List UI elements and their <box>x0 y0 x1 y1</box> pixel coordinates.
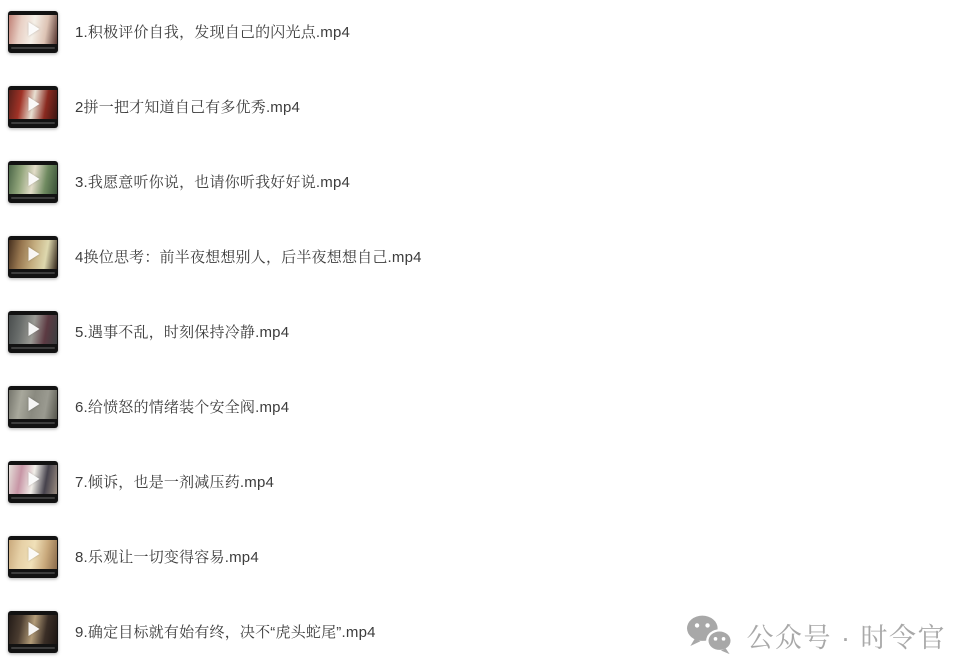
video-list: 1.积极评价自我，发现自己的闪光点.mp4 2拼一把才知道自己有多优秀.mp4 … <box>0 0 976 669</box>
video-filename[interactable]: 6.给愤怒的情绪装个安全阀.mp4 <box>75 396 289 417</box>
video-thumbnail[interactable] <box>8 461 58 503</box>
play-icon <box>29 547 40 561</box>
play-icon <box>29 322 40 336</box>
video-filename[interactable]: 2拼一把才知道自己有多优秀.mp4 <box>75 96 300 117</box>
video-thumbnail[interactable] <box>8 386 58 428</box>
video-progress-bar <box>11 272 55 274</box>
video-thumbnail[interactable] <box>8 236 58 278</box>
video-list-item[interactable]: 6.给愤怒的情绪装个安全阀.mp4 <box>0 369 976 444</box>
video-filename[interactable]: 8.乐观让一切变得容易.mp4 <box>75 546 259 567</box>
video-thumbnail[interactable] <box>8 86 58 128</box>
video-list-item[interactable]: 9.确定目标就有始有终，决不“虎头蛇尾”.mp4 <box>0 594 976 669</box>
play-icon <box>29 22 40 36</box>
video-list-item[interactable]: 7.倾诉，也是一剂减压药.mp4 <box>0 444 976 519</box>
video-filename[interactable]: 4换位思考：前半夜想想别人，后半夜想想自己.mp4 <box>75 246 422 267</box>
video-progress-bar <box>11 47 55 49</box>
page: 1.积极评价自我，发现自己的闪光点.mp4 2拼一把才知道自己有多优秀.mp4 … <box>0 0 976 669</box>
video-thumbnail[interactable] <box>8 161 58 203</box>
video-thumbnail[interactable] <box>8 311 58 353</box>
video-progress-bar <box>11 497 55 499</box>
video-thumbnail[interactable] <box>8 11 58 53</box>
video-progress-bar <box>11 197 55 199</box>
video-list-item[interactable]: 1.积极评价自我，发现自己的闪光点.mp4 <box>0 0 976 69</box>
video-filename[interactable]: 5.遇事不乱，时刻保持冷静.mp4 <box>75 321 289 342</box>
play-icon <box>29 472 40 486</box>
video-filename[interactable]: 3.我愿意听你说，也请你听我好好说.mp4 <box>75 171 350 192</box>
video-thumbnail[interactable] <box>8 611 58 653</box>
video-progress-bar <box>11 572 55 574</box>
play-icon <box>29 247 40 261</box>
video-progress-bar <box>11 347 55 349</box>
video-list-item[interactable]: 4换位思考：前半夜想想别人，后半夜想想自己.mp4 <box>0 219 976 294</box>
video-filename[interactable]: 9.确定目标就有始有终，决不“虎头蛇尾”.mp4 <box>75 621 376 642</box>
video-list-item[interactable]: 3.我愿意听你说，也请你听我好好说.mp4 <box>0 144 976 219</box>
play-icon <box>29 397 40 411</box>
video-list-item[interactable]: 2拼一把才知道自己有多优秀.mp4 <box>0 69 976 144</box>
play-icon <box>29 97 40 111</box>
video-progress-bar <box>11 647 55 649</box>
video-filename[interactable]: 1.积极评价自我，发现自己的闪光点.mp4 <box>75 21 350 42</box>
video-thumbnail[interactable] <box>8 536 58 578</box>
video-progress-bar <box>11 122 55 124</box>
video-filename[interactable]: 7.倾诉，也是一剂减压药.mp4 <box>75 471 274 492</box>
video-list-item[interactable]: 8.乐观让一切变得容易.mp4 <box>0 519 976 594</box>
play-icon <box>29 622 40 636</box>
video-progress-bar <box>11 422 55 424</box>
play-icon <box>29 172 40 186</box>
video-list-item[interactable]: 5.遇事不乱，时刻保持冷静.mp4 <box>0 294 976 369</box>
